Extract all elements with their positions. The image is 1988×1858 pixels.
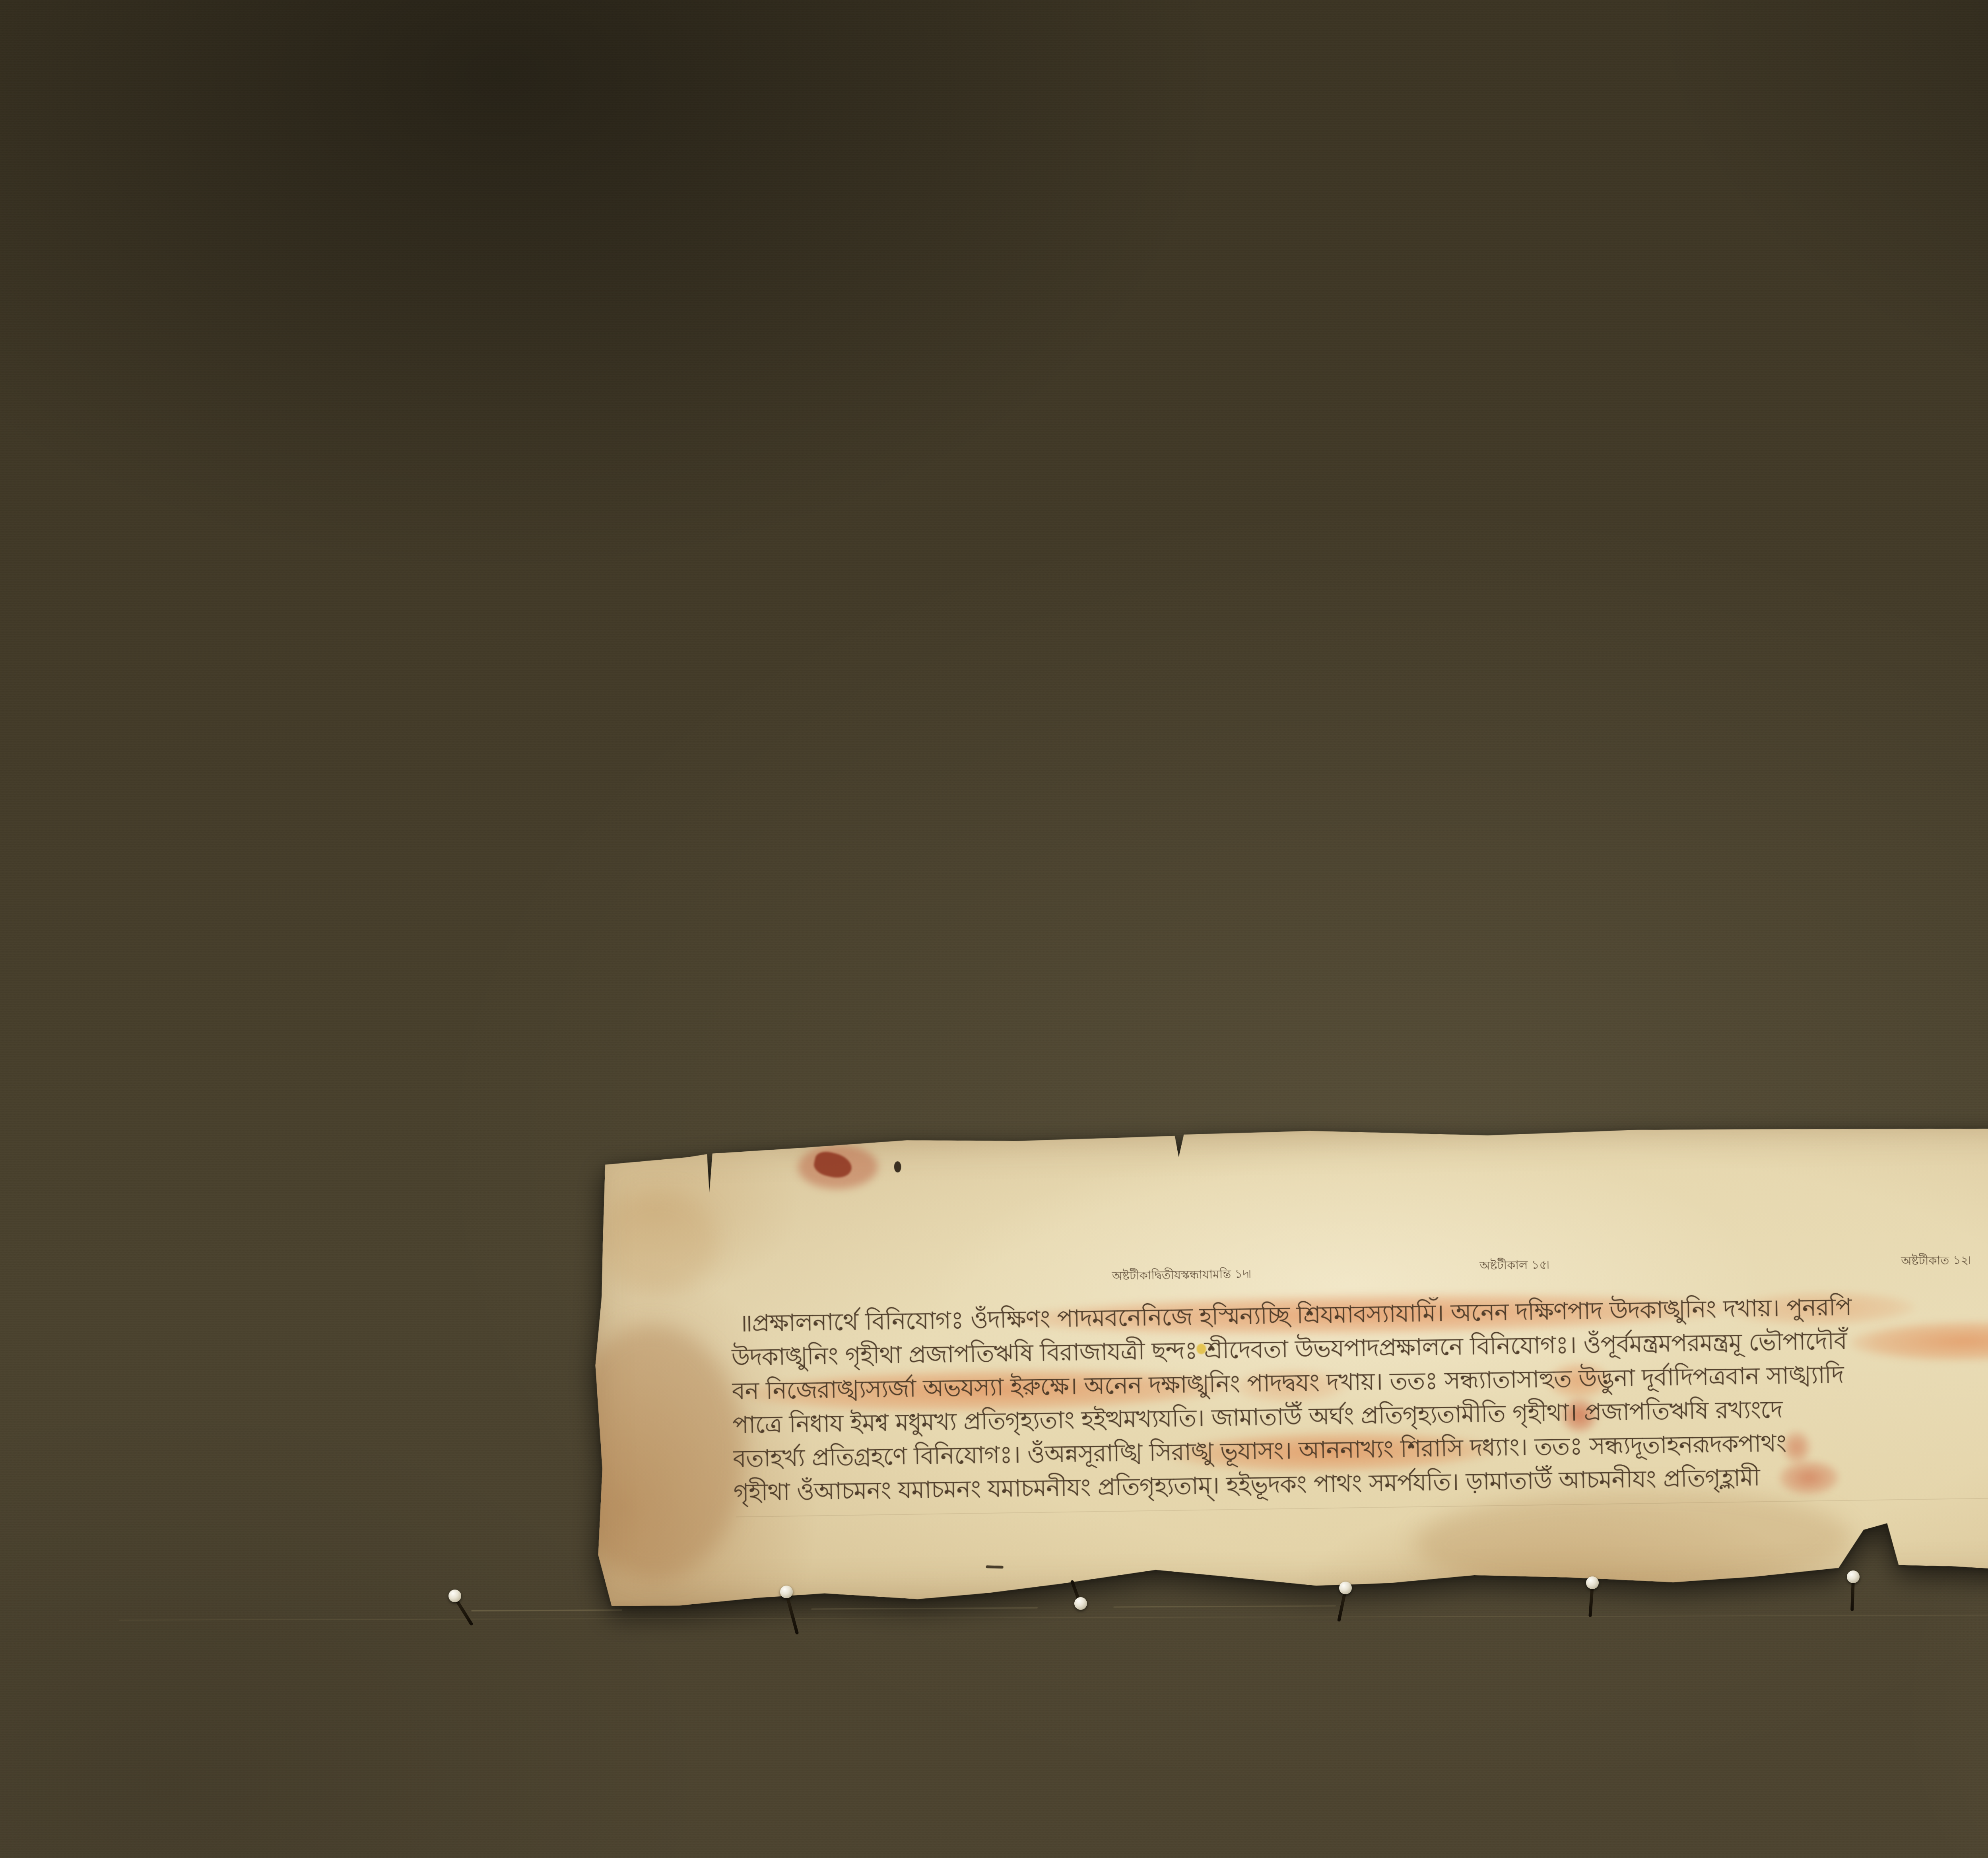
pushpin-head [1586, 1576, 1599, 1589]
pushpin-head [1847, 1570, 1860, 1583]
wormhole-speck [894, 1161, 901, 1172]
folio-marker-left: অষ্টটীকাদ্বিতীযস্কন্ধাযামন্তি ১৸৷ [1112, 1264, 1251, 1287]
photo-backdrop: অষ্টটীকাদ্বিতীযস্কন্ধাযামন্তি ১৸৷ অষ্টটী… [0, 0, 1988, 1858]
pushpin-head [448, 1590, 461, 1602]
pushpin-head [780, 1586, 793, 1598]
thread-line [1113, 1605, 1336, 1608]
folio-marker-center: অষ্টটীকাল ১৫৷ [1479, 1255, 1549, 1277]
pushpin-head [1074, 1597, 1087, 1610]
pushpin-head [1339, 1582, 1352, 1594]
edge-tear [986, 1565, 1004, 1568]
manuscript-leaf: অষ্টটীকাদ্বিতীযস্কন্ধাযামন্তি ১৸৷ অষ্টটী… [581, 1108, 1988, 1612]
folio-marker-right: অষ্টটীকাত ১২৷ [1901, 1250, 1971, 1272]
backdrop-crease [119, 1613, 1988, 1621]
paper-surface: অষ্টটীকাদ্বিতীযস্কন্ধাযামন্তি ১৸৷ অষ্টটী… [581, 1108, 1988, 1612]
